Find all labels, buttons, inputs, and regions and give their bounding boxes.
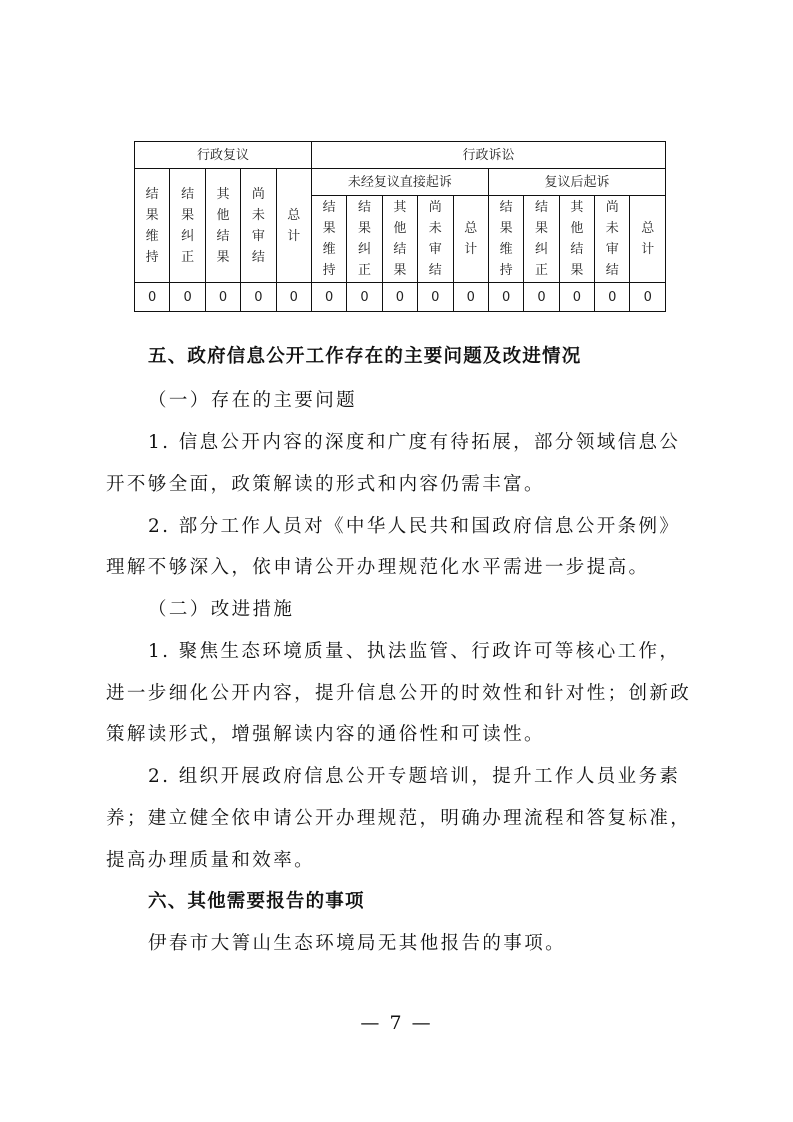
measure-2-line-2: 养；建立健全依申请公开办理规范，明确办理流程和答复标准， bbox=[106, 804, 691, 830]
document-page: 行政复议 行政诉讼 结果维持 结果纠正 其他结果 尚未审结 总计 未经复议直接起… bbox=[0, 0, 793, 1122]
col-header-direct-other: 其他结果 bbox=[382, 196, 417, 283]
cell-after-pending: 0 bbox=[595, 283, 630, 312]
section-6-body: 伊春市大箐山生态环境局无其他报告的事项。 bbox=[148, 929, 566, 955]
col-header-after-corrected: 结果纠正 bbox=[524, 196, 559, 283]
header-administrative-litigation: 行政诉讼 bbox=[311, 142, 665, 169]
col-header-direct-upheld: 结果维持 bbox=[311, 196, 346, 283]
problem-1-line-1: 1. 信息公开内容的深度和广度有待拓展，部分领域信息公 bbox=[148, 428, 680, 454]
col-header-after-other: 其他结果 bbox=[559, 196, 594, 283]
col-header-direct-pending: 尚未审结 bbox=[418, 196, 453, 283]
measure-2-line-3: 提高办理质量和效率。 bbox=[106, 846, 315, 872]
measure-1-line-2: 进一步细化公开内容，提升信息公开的时效性和针对性；创新政 bbox=[106, 679, 691, 705]
table-row: 0 0 0 0 0 0 0 0 0 0 0 0 0 0 0 bbox=[135, 283, 666, 312]
col-header-after-upheld: 结果维持 bbox=[488, 196, 523, 283]
col-header-review-total: 总计 bbox=[276, 169, 311, 283]
cell-direct-corrected: 0 bbox=[347, 283, 382, 312]
cell-review-other: 0 bbox=[205, 283, 240, 312]
measure-2-line-1: 2. 组织开展政府信息公开专题培训，提升工作人员业务素 bbox=[148, 762, 680, 788]
col-header-review-upheld: 结果维持 bbox=[135, 169, 170, 283]
cell-direct-total: 0 bbox=[453, 283, 488, 312]
cell-review-total: 0 bbox=[276, 283, 311, 312]
cell-direct-other: 0 bbox=[382, 283, 417, 312]
cell-after-upheld: 0 bbox=[488, 283, 523, 312]
measure-1-line-1: 1. 聚焦生态环境质量、执法监管、行政许可等核心工作， bbox=[148, 637, 680, 663]
problem-2-line-1: 2. 部分工作人员对《中华人民共和国政府信息公开条例》 bbox=[148, 512, 680, 538]
measure-1-line-3: 策解读形式，增强解读内容的通俗性和可读性。 bbox=[106, 720, 545, 746]
cell-after-corrected: 0 bbox=[524, 283, 559, 312]
col-header-direct-corrected: 结果纠正 bbox=[347, 196, 382, 283]
problem-2-line-2: 理解不够深入，依申请公开办理规范化水平需进一步提高。 bbox=[106, 553, 649, 579]
cell-review-corrected: 0 bbox=[170, 283, 205, 312]
subheader-direct-lawsuit: 未经复议直接起诉 bbox=[311, 169, 488, 196]
section-6-heading: 六、其他需要报告的事项 bbox=[148, 887, 365, 913]
cell-direct-upheld: 0 bbox=[311, 283, 346, 312]
col-header-after-pending: 尚未审结 bbox=[595, 196, 630, 283]
section-5-heading: 五、政府信息公开工作存在的主要问题及改进情况 bbox=[148, 342, 581, 368]
cell-review-upheld: 0 bbox=[135, 283, 170, 312]
cell-after-other: 0 bbox=[559, 283, 594, 312]
col-header-review-corrected: 结果纠正 bbox=[170, 169, 205, 283]
cell-review-pending: 0 bbox=[241, 283, 276, 312]
subsection-problems-heading: （一）存在的主要问题 bbox=[148, 386, 357, 412]
col-header-direct-total: 总计 bbox=[453, 196, 488, 283]
subsection-measures-heading: （二）改进措施 bbox=[148, 595, 294, 621]
col-header-after-total: 总计 bbox=[630, 196, 666, 283]
header-administrative-review: 行政复议 bbox=[135, 142, 312, 169]
cell-direct-pending: 0 bbox=[418, 283, 453, 312]
col-header-review-other: 其他结果 bbox=[205, 169, 240, 283]
administrative-review-litigation-table: 行政复议 行政诉讼 结果维持 结果纠正 其他结果 尚未审结 总计 未经复议直接起… bbox=[134, 141, 666, 312]
problem-1-line-2: 开不够全面，政策解读的形式和内容仍需丰富。 bbox=[106, 470, 545, 496]
page-number: — 7 — bbox=[0, 1012, 793, 1034]
subheader-lawsuit-after-review: 复议后起诉 bbox=[488, 169, 665, 196]
col-header-review-pending: 尚未审结 bbox=[241, 169, 276, 283]
cell-after-total: 0 bbox=[630, 283, 666, 312]
